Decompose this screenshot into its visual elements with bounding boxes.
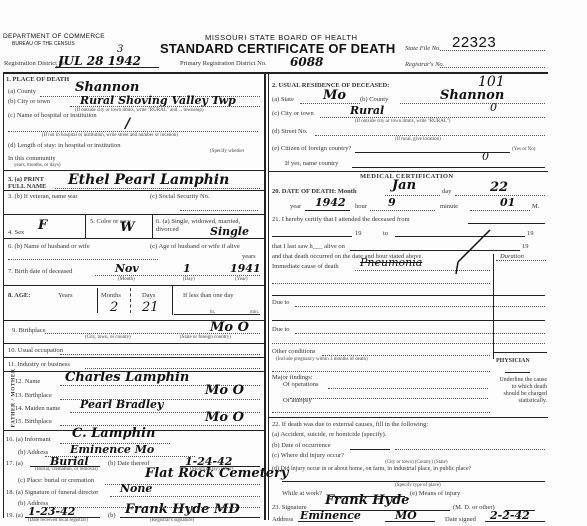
death-certificate: DEPARTMENT OF COMMERCE BUREAU OF THE CEN… <box>0 0 587 526</box>
mother-birthplace-value: Mo O <box>205 410 244 425</box>
operations-label: Of operations <box>283 381 319 388</box>
stay-label: (d) Length of stay: in hospital or insti… <box>8 142 120 149</box>
age-months-label: Months <box>101 292 121 299</box>
registrar-signature-value: Frank Hyde MD <box>125 502 240 517</box>
date-filed-label: 19. (a) <box>6 512 23 519</box>
birth-month-value: Nov <box>115 262 139 275</box>
state-file-label: State File No. <box>405 45 441 52</box>
informant-address-label: (b) Address <box>18 449 48 456</box>
father-name-label: 12. Name <box>15 378 40 385</box>
injury-place-label: (d) Did injury occur in or about home, o… <box>272 466 471 472</box>
birth-month-caption: (Month) <box>118 277 135 282</box>
res-city-value: Rural <box>350 104 384 117</box>
spouse-label: 6. (b) Name of husband or wife <box>8 243 90 250</box>
county-value: Shannon <box>75 80 139 95</box>
death-year-value: 1942 <box>315 196 346 209</box>
certificate-title: STANDARD CERTIFICATE OF DEATH <box>160 41 395 56</box>
burial-caption: (Burial, cremation, or removal) <box>35 467 98 472</box>
attend-to: to <box>383 230 388 237</box>
state-file-number: 22323 <box>452 34 496 51</box>
full-name-label: 3. (a) PRINT FULL NAME <box>8 176 48 190</box>
primary-district-value: 6088 <box>290 55 323 69</box>
physician-note: Underline the cause to which death shoul… <box>495 377 547 405</box>
accident-label: (a) Accident, suicide, or homicide (spec… <box>272 431 386 438</box>
father-birthplace-label: 13. Birthplace <box>15 392 52 399</box>
registrar-number-label: Registrar's No. <box>405 61 444 68</box>
registrar-signature-caption: (Registrar's signature) <box>150 518 194 523</box>
citizen-note: (Yes or No) <box>512 147 535 152</box>
signature-value: Frank Hyde <box>325 493 409 508</box>
physician-title: PHYSICIAN <box>496 358 530 364</box>
attend-19b: 19 <box>527 230 534 237</box>
death-month-value: Jan <box>392 178 416 193</box>
death-hour-label: hour <box>355 203 367 210</box>
funeral-director-value: None <box>120 482 152 495</box>
dept-label: DEPARTMENT OF COMMERCE <box>3 33 105 40</box>
date-filed-caption: (Date received local registrar) <box>28 518 88 523</box>
res-city-label: (c) City or town <box>272 110 314 117</box>
spouse-age-unit: years <box>242 253 256 260</box>
bureau-label: BUREAU OF THE CENSUS <box>12 41 75 47</box>
birthplace-label: 9. Birthplace <box>12 327 46 334</box>
father-name-value: Charles Lamphin <box>65 370 189 385</box>
other-conditions-label: Other conditions <box>272 348 316 355</box>
birth-date-label: 7. Birth date of deceased <box>8 268 72 275</box>
death-hour-value: 9 <box>388 196 396 209</box>
stay-note: (Specify whether <box>210 149 244 154</box>
while-at-work-label: While at work? <box>282 490 322 497</box>
occurrence-date-label: (b) Date of occurrence <box>272 442 331 449</box>
birth-day-value: 1 <box>183 262 191 275</box>
age-months-value: 2 <box>110 300 118 315</box>
community-note: years, months, or days) <box>14 163 61 168</box>
burial-place-value: Flat Rock Cemetery <box>145 466 288 481</box>
birth-day-caption: (Day) <box>183 277 195 282</box>
mother-name-label: 14. Maiden name <box>15 405 60 412</box>
place-of-death-label: 1. PLACE OF DEATH <box>6 76 69 83</box>
father-birthplace-value: Mo O <box>205 383 244 398</box>
birthplace-city-caption: (City, town, or county) <box>85 335 131 340</box>
age-years-label: Years <box>58 292 73 299</box>
premises-caption: (Specify type of place) <box>395 483 441 488</box>
death-day-value: 22 <box>490 180 508 195</box>
county-code: 101 <box>478 74 505 90</box>
industry-label: 11. Industry or business <box>8 361 70 368</box>
md-label: (M. D. or other) <box>453 504 495 511</box>
attend-statement: 21. I hereby certify that I attended the… <box>272 216 410 223</box>
immediate-cause-value: Pneumonia <box>360 256 422 269</box>
sex-value: F <box>38 218 47 233</box>
spouse-age-label: (c) Age of husband or wife if alive <box>150 243 240 250</box>
burial-date-label: (b) Date thereof <box>108 460 150 467</box>
birthplace-state-caption: (State or foreign country) <box>180 335 231 340</box>
external-causes-label: 22. If death was due to external causes,… <box>272 421 428 428</box>
citizen-label: (e) Citizen of foreign country? <box>272 145 351 152</box>
burial-place-label: (c) Place: burial or cremation <box>18 477 94 484</box>
sex-label: 4. Sex <box>8 229 24 236</box>
death-minute-value: 01 <box>500 196 515 209</box>
informant-label: 16. (a) Informant <box>6 436 51 443</box>
burial-label: 17. (a) <box>6 460 23 467</box>
informant-value: C. Lamphin <box>72 426 155 441</box>
last-saw-19: 19 <box>522 243 529 250</box>
institution-value: / <box>125 116 130 132</box>
mother-name-value: Pearl Bradley <box>80 398 163 411</box>
funeral-director-label: 18. (a) Signature of funeral director <box>6 489 98 496</box>
autopsy-label: Of autopsy <box>283 397 312 404</box>
death-m-label: M. <box>532 203 539 210</box>
veteran-label: 3. (b) If veteran, name war <box>8 193 77 200</box>
foreign-country-label: If yes, name country <box>285 160 338 167</box>
address-label: Address <box>272 516 293 523</box>
date-signed-label: Date signed <box>445 516 476 523</box>
marital-value: Single <box>210 225 249 238</box>
citizen-mark: 0 <box>482 150 489 163</box>
city-label: (b) City or town <box>8 98 50 105</box>
birth-year-caption: (Year) <box>235 277 248 282</box>
due-to-label-2: Due to <box>272 326 290 333</box>
age-label: 8. AGE: <box>8 292 30 299</box>
last-saw-label: that I last saw h___ alive on <box>272 243 345 250</box>
registrar-signature-label: (b) <box>108 512 116 519</box>
color-value: W <box>120 220 135 235</box>
check-mark-icon <box>450 228 495 278</box>
due-to-label-1: Due to <box>272 299 290 306</box>
res-state-value: Mo <box>323 88 346 103</box>
age-less-day-label: If less than one day <box>183 292 234 299</box>
full-name-value: Ethel Pearl Lamphin <box>68 172 229 188</box>
street-label: (d) Street No. <box>272 128 308 135</box>
other-conditions-note: (Include pregnancy within 3 months of de… <box>276 357 368 362</box>
institution-note: (If not in hospital or institution, writ… <box>42 133 178 138</box>
death-date-label: 20. DATE OF DEATH: Month <box>272 188 357 195</box>
institution-label: (c) Name of hospital or institution <box>8 112 97 119</box>
injury-location-captions: (City or town) (County) (State) <box>385 460 448 465</box>
immediate-cause-label: Immediate cause of death <box>272 263 339 270</box>
duration-label: Duration <box>500 253 524 260</box>
mother-birthplace-label: 15. Birthplace <box>15 418 52 425</box>
primary-district-label: Primary Registration District No. <box>180 60 267 67</box>
occupation-label: 10. Usual occupation <box>8 347 63 354</box>
age-days-label: Days <box>142 292 155 299</box>
death-minute-label: minute <box>440 203 458 210</box>
ssn-label: (c) Social Security No. <box>150 193 210 200</box>
attend-19a: 19 <box>355 230 362 237</box>
death-year-label: year <box>290 203 301 210</box>
death-day-label: day <box>442 188 451 195</box>
community-label: In this community <box>8 155 56 162</box>
age-days-value: 21 <box>142 300 159 315</box>
res-county-label: (b) County <box>360 96 388 103</box>
res-city-note: (If outside city or town limits, write "… <box>355 119 450 124</box>
injury-location-label: (c) Where did injury occur? <box>272 452 344 459</box>
registration-district-stamp: JUL 28 1942 <box>58 54 141 68</box>
res-mark: 0 <box>490 101 497 114</box>
county-label: (a) County <box>8 88 36 95</box>
street-note: (If rural, give location) <box>395 137 441 142</box>
means-of-injury-label: (e) Means of injury <box>410 490 460 497</box>
birth-year-value: 1941 <box>230 262 261 275</box>
res-state-label: (a) State <box>272 96 294 103</box>
major-findings-label: Major findings: <box>272 374 313 381</box>
